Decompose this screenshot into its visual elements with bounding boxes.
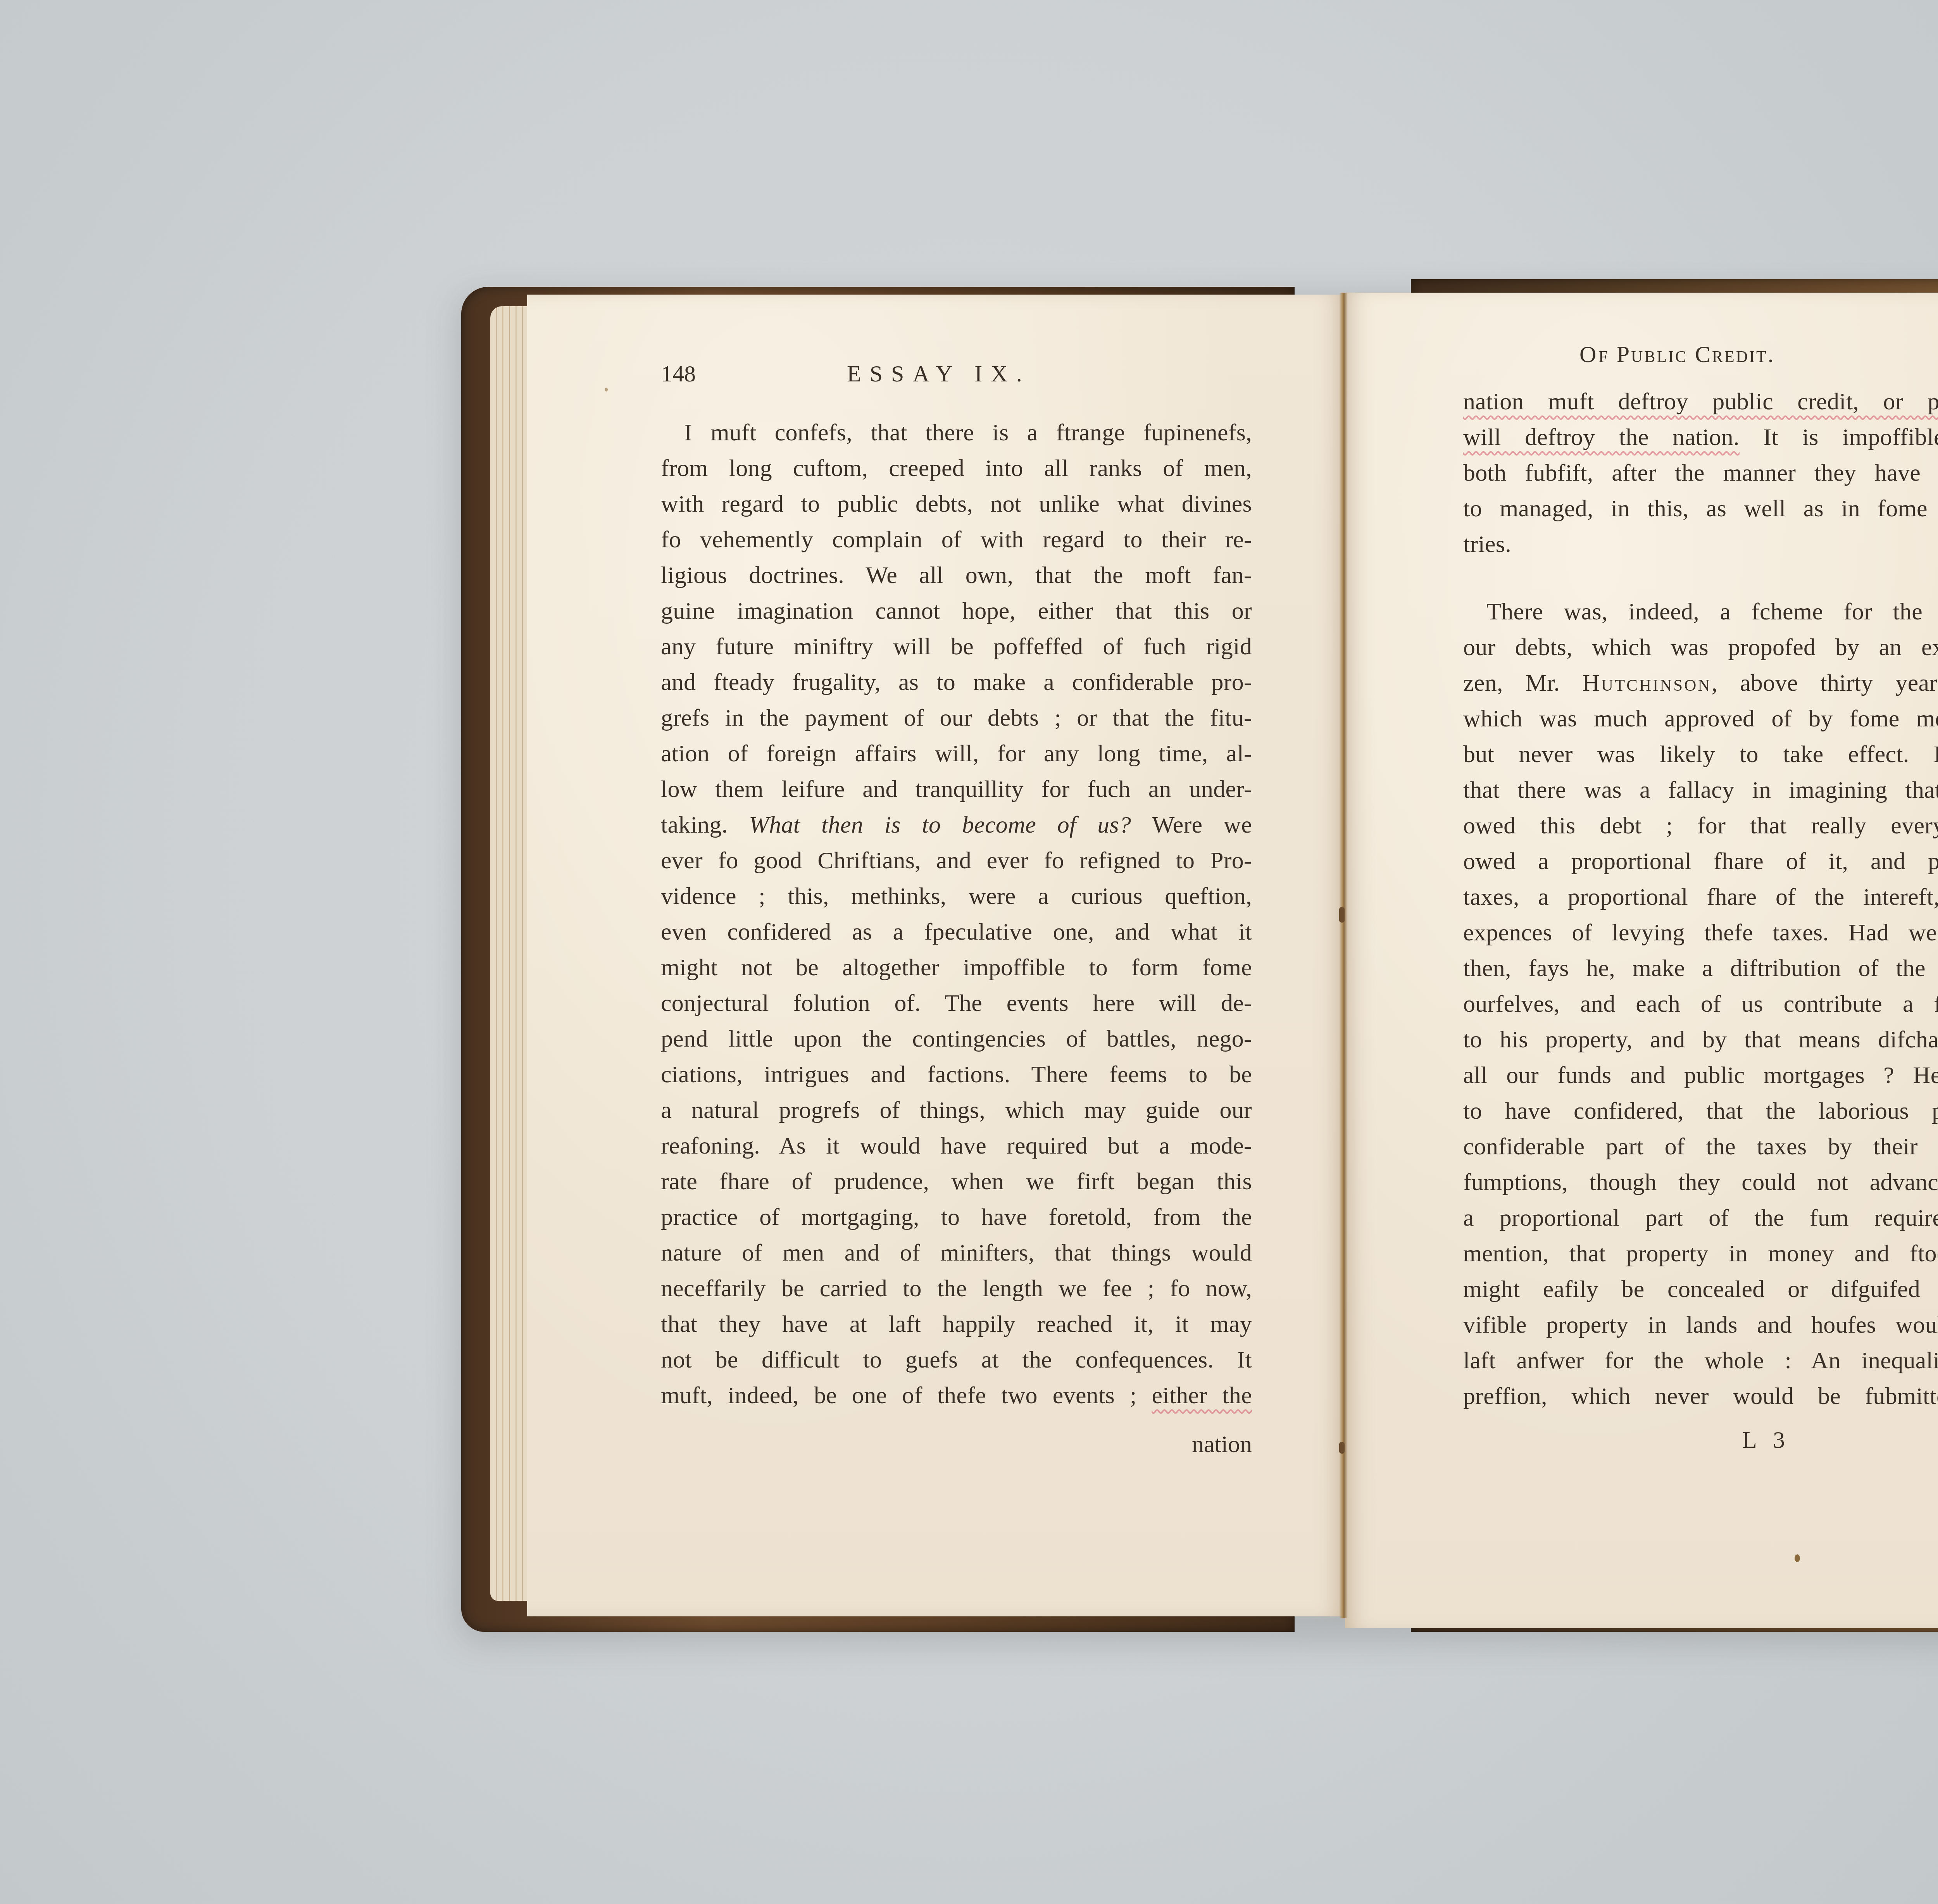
text-line: any future miniftry will be poffeffed of… [661,629,1252,664]
text-line: mention, that property in money and ftoc… [1463,1236,1938,1271]
text-line: all our funds and public mortgages ? He … [1463,1057,1938,1093]
foxing-spot [605,388,608,391]
text-line: reafoning. As it would have required but… [661,1128,1252,1164]
paragraph-gap [1463,562,1938,594]
text-line: taxes, a proportional fhare of the inter… [1463,879,1938,915]
text-line: which was much approved of by fome men o… [1463,701,1938,736]
text-fragment: , above thirty years ago, and [1711,670,1938,696]
text-line: even confidered as a fpeculative one, an… [661,914,1252,950]
text-line: our debts, which was propofed by an exce… [1463,629,1938,665]
book-gutter [1339,293,1348,1618]
text-line: nature of men and of minifters, that thi… [661,1235,1252,1271]
text-line: both fubfift, after the manner they have… [1463,455,1938,491]
text-line: zen, Mr. Hutchinson, above thirty years … [1463,665,1938,701]
right-running-head: Of Public Credit. 149 [1463,341,1938,372]
text-line: owed this debt ; for that really every i… [1463,808,1938,843]
gutter-stitch [1339,1442,1345,1454]
text-line: taking. What then is to become of us? We… [661,807,1252,843]
text-line: neceffarily be carried to the length we … [661,1271,1252,1306]
red-underline-annotation: either the [1152,1382,1252,1409]
gutter-stitch [1339,907,1345,923]
text-line: confiderable part of the taxes by their … [1463,1129,1938,1164]
head-smallcaps: f Public Credit. [1598,341,1775,367]
red-underline-annotation: will deftroy the nation. [1463,424,1740,450]
left-page-text: I muft confefs, that there is a ftrange … [661,415,1252,1413]
text-line: might not be altogether impoffible to fo… [661,950,1252,985]
text-line: that they have at laft happily reached i… [661,1306,1252,1342]
right-page-text: nation muft deftroy public credit, or pu… [1463,384,1938,1414]
left-running-head: 148 ESSAY IX. [661,360,1252,391]
text-fragment: It is impoffible they can [1764,424,1938,450]
text-fragment: muft, indeed, be one of thefe two events… [661,1382,1136,1409]
text-line: guine imagination cannot hope, either th… [661,593,1252,629]
text-line: to his property, and by that means difch… [1463,1022,1938,1057]
text-fragment: Were we [1152,812,1252,838]
text-line: and fteady frugality, as to make a confi… [661,664,1252,700]
text-line: rate fhare of prudence, when we firft be… [661,1164,1252,1199]
text-line: fo vehemently complain of with regard to… [661,522,1252,557]
text-line: will deftroy the nation. It is impoffibl… [1463,419,1938,455]
text-line: ligious doctrines. We all own, that the … [661,557,1252,593]
text-line: not be difficult to guefs at the confequ… [661,1342,1252,1378]
proper-name-smallcaps: Hutchinson [1582,670,1711,696]
text-line: ever fo good Chriftians, and ever fo ref… [661,843,1252,878]
signature-mark: L 3 [1742,1426,1790,1454]
running-head-left: ESSAY IX. [847,360,1031,387]
text-line: ation of foreign affairs will, for any l… [661,736,1252,771]
text-line: vidence ; this, methinks, were a curious… [661,878,1252,914]
text-line: but never was likely to take effect. He … [1463,736,1938,772]
text-line: from long cuftom, creeped into all ranks… [661,450,1252,486]
text-line: ciations, intrigues and factions. There … [661,1057,1252,1092]
text-line: owed a proportional fhare of it, and pai… [1463,843,1938,879]
text-line: ourfelves, and each of us contribute a f… [1463,986,1938,1022]
running-head-right: Of Public Credit. [1579,341,1775,368]
right-page-footer: L 3 though [1463,1426,1938,1462]
text-line: then, fays he, make a diftribution of th… [1463,950,1938,986]
text-line: I muft confefs, that there is a ftrange … [661,415,1252,450]
text-line: expences of levying thefe taxes. Had we … [1463,915,1938,950]
head-initial: O [1579,341,1598,367]
text-line: with regard to public debts, not unlike … [661,486,1252,522]
text-fragment: zen, Mr. [1463,670,1560,696]
foxing-spot [1795,1554,1800,1562]
page-number-left: 148 [661,360,696,387]
text-line: might eafily be concealed or difguifed ;… [1463,1271,1938,1307]
text-line: preffion, which never would be fubmitted… [1463,1378,1938,1414]
text-fragment: taking. [661,812,728,838]
text-line: laft anfwer for the whole : An inequalit… [1463,1343,1938,1378]
text-line: low them leifure and tranquillity for fu… [661,771,1252,807]
text-line: grefs in the payment of our debts ; or t… [661,700,1252,736]
text-line: that there was a fallacy in imagining th… [1463,772,1938,808]
text-line: muft, indeed, be one of thefe two events… [661,1378,1252,1413]
text-line: pend little upon the contingencies of ba… [661,1021,1252,1057]
text-line: tries. [1463,526,1938,562]
text-line: practice of mortgaging, to have foretold… [661,1199,1252,1235]
text-line: vifible property in lands and houfes wou… [1463,1307,1938,1343]
text-line: nation muft deftroy public credit, or pu… [1463,384,1938,419]
red-underline-annotation: nation muft deftroy public credit, or pu… [1463,388,1938,415]
italic-question: What then is to become of us? [749,812,1131,838]
text-line: There was, indeed, a fcheme for the paym… [1463,594,1938,629]
text-line: to managed, in this, as well as in fome … [1463,491,1938,526]
text-line: a natural progrefs of things, which may … [661,1092,1252,1128]
text-line: a proportional part of the fum required.… [1463,1200,1938,1236]
catchword-left: nation [661,1426,1252,1462]
text-line: to have confidered, that the laborious p… [1463,1093,1938,1129]
text-line: conjectural folution of. The events here… [661,985,1252,1021]
text-line: fumptions, though they could not advance… [1463,1164,1938,1200]
